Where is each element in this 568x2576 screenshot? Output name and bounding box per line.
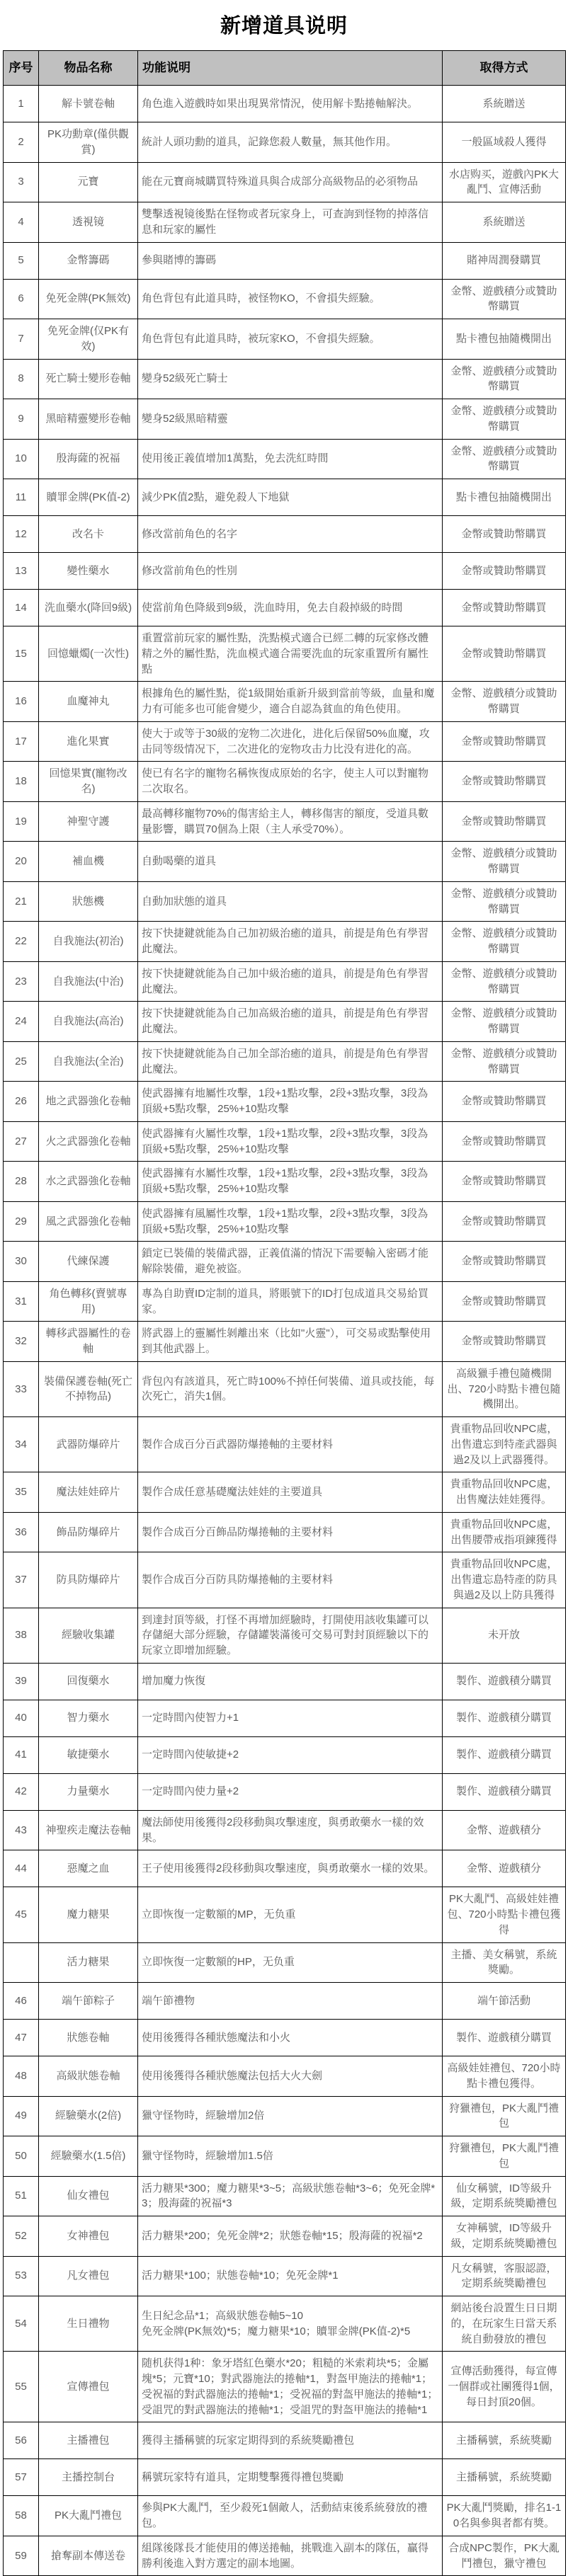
item-name-cell: 智力藥水 [39,1700,138,1736]
item-name-cell: 裝備保護卷軸(死亡不掉物品) [39,1361,138,1416]
row-number-cell: 25 [4,1041,39,1082]
acquisition-cell: 金幣、遊戲積分或贊助幣購買 [443,439,566,479]
function-desc-cell: 增加魔力恢復 [138,1663,443,1700]
function-desc-cell: 製作合成百分百防具防爆捲軸的主要材料 [138,1552,443,1608]
acquisition-cell: 仙女稱號，ID等級升級，定期系統獎勵禮包 [443,2176,566,2216]
table-row: 59搶奪副本傳送卷組隊後隊長才能使用的傳送捲軸，挑戰進入副本的隊伍，贏得勝利後進… [4,2536,566,2576]
acquisition-cell: 金幣、遊戲積分 [443,1850,566,1887]
row-number-cell: 17 [4,721,39,762]
row-number-cell: 51 [4,2176,39,2216]
acquisition-cell: 金幣或贊助幣購買 [443,762,566,802]
item-name-cell: 贖罪金牌(PK值-2) [39,479,138,516]
acquisition-cell: 高級娃娃禮包、720小時點卡禮包獲得。 [443,2056,566,2097]
function-desc-cell: 重置當前玩家的屬性點，洗點模式適合已經二轉的玩家修改體精之外的屬性點，洗血模式適… [138,626,443,682]
function-desc-cell: 減少PK值2點，避免殺人下地獄 [138,479,443,516]
function-desc-cell: 活力糖果*200；免死金牌*2；狀態卷軸*15；殷海薩的祝福*2 [138,2216,443,2257]
function-desc-cell: 背包內有該道具，死亡時100%不掉任何裝備、道具或技能，每次死亡，消失1個。 [138,1361,443,1416]
item-name-cell: 神聖疾走魔法卷軸 [39,1810,138,1850]
acquisition-cell: 貴重物品回收NPC處，出售遺忘到特產武器與過2及以上武器獲得。 [443,1417,566,1472]
item-name-cell: 仙女禮包 [39,2176,138,2216]
row-number-cell: 6 [4,279,39,319]
table-row: 45魔力糖果立即恢復一定數額的MP，无负重PK大亂鬥、高級娃娃禮包、720小時點… [4,1887,566,1942]
row-number-cell: 23 [4,961,39,1002]
acquisition-cell: 金幣或贊助幣購買 [443,1281,566,1322]
function-desc-cell: 自動加狀態的道具 [138,881,443,922]
row-number-cell: 53 [4,2256,39,2296]
function-desc-cell: 活力糖果*300；魔力糖果*3~5；高級狀態卷軸*3~6；免死金牌*3；殷海薩的… [138,2176,443,2216]
function-desc-cell: 使用後獲得各種狀態魔法包括大火大劍 [138,2056,443,2097]
acquisition-cell: 金幣或贊助幣購買 [443,626,566,682]
item-name-cell: 武器防爆碎片 [39,1417,138,1472]
item-name-cell: 免死金牌(仅PK有效) [39,319,138,360]
function-desc-cell: 使武器擁有地屬性攻擊，1段+1點攻擊，2段+3點攻擊，3段為頂級+5點攻擊，25… [138,1082,443,1122]
row-number-cell: 19 [4,801,39,842]
header-row-number: 序号 [4,51,39,86]
row-number-cell: 3 [4,162,39,202]
acquisition-cell: 系統贈送 [443,86,566,122]
item-name-cell: 水之武器強化卷軸 [39,1162,138,1202]
table-row: 7免死金牌(仅PK有效)角色背包有此道具時，被玩家KO，不會損失經驗。點卡禮包抽… [4,319,566,360]
row-number-cell: 37 [4,1552,39,1608]
item-name-cell: 自我施法(初治) [39,922,138,962]
row-number-cell: 20 [4,842,39,882]
table-row: 16血魔神丸根據角色的屬性點，從1級開始重新升級到當前等級，血量和魔力有可能多也… [4,682,566,722]
function-desc-cell: 活力糖果*100；狀態卷軸*10；免死金牌*1 [138,2256,443,2296]
acquisition-cell: 金幣、遊戲積分或贊助幣購買 [443,1041,566,1082]
item-name-cell: 端午節粽子 [39,1983,138,2020]
item-name-cell: 主播禮包 [39,2422,138,2459]
table-row: 8死亡騎士變形卷軸變身52級死亡騎士金幣、遊戲積分或贊助幣購買 [4,359,566,399]
table-row: 33裝備保護卷軸(死亡不掉物品)背包內有該道具，死亡時100%不掉任何裝備、道具… [4,1361,566,1416]
item-name-cell: 狀態機 [39,881,138,922]
item-name-cell: 搶奪副本傳送卷 [39,2536,138,2576]
row-number-cell: 36 [4,1512,39,1552]
table-row: 14洗血藥水(降回9級)使當前角色降級到9級，洗血時用，免去自殺掉級的時間金幣或… [4,590,566,626]
table-row: 38經驗收集罐到達封頂等級，打怪不再增加經驗時，打開使用該收集罐可以存儲絕大部分… [4,1608,566,1663]
function-desc-cell: 自動喝藥的道具 [138,842,443,882]
function-desc-cell: 一定時間內使力量+2 [138,1773,443,1810]
table-row: 24自我施法(高治)按下快捷鍵就能為自己加高級治癒的道具，前提是角色有學習此魔法… [4,1002,566,1042]
acquisition-cell: 金幣或贊助幣購買 [443,590,566,626]
function-desc-cell: 將武器上的靈屬性剝離出來（比如"火靈"），可交易或點擊使用到其他武器上。 [138,1322,443,1362]
acquisition-cell: 貴重物品回收NPC處，出售腰帶戒指項鍊獲得 [443,1512,566,1552]
function-desc-cell: 參與賭博的籌碼 [138,242,443,279]
row-number-cell: 34 [4,1417,39,1472]
table-row: 17進化果實使大于或等于30級的宠物二次进化，进化后保留50%血魔，攻击同等级情… [4,721,566,762]
function-desc-cell: 端午節禮物 [138,1983,443,2020]
row-number-cell: 56 [4,2422,39,2459]
item-name-cell: 透視镜 [39,202,138,243]
item-name-cell: 改名卡 [39,516,138,553]
acquisition-cell: 網站後台設置生日日期的，在玩家生日當天系統自動發放的禮包 [443,2296,566,2352]
function-desc-cell: 按下快捷鍵就能為自己加高級治癒的道具，前提是角色有學習此魔法。 [138,1002,443,1042]
row-number-cell: 59 [4,2536,39,2576]
item-name-cell: 飾品防爆碎片 [39,1512,138,1552]
row-number-cell: 54 [4,2296,39,2352]
table-row: 34武器防爆碎片製作合成百分百武器防爆捲軸的主要材料貴重物品回收NPC處，出售遺… [4,1417,566,1472]
acquisition-cell: 製作、遊戲積分購買 [443,1736,566,1773]
row-number-cell: 35 [4,1472,39,1513]
row-number-cell: 41 [4,1736,39,1773]
function-desc-cell: 使武器擁有風屬性攻擊，1段+1點攻擊，2段+3點攻擊，3段為頂級+5點攻擊，25… [138,1201,443,1242]
acquisition-cell: 合成NPC製作，PK大亂鬥禮包，獵守禮包 [443,2536,566,2576]
table-row: 23自我施法(中治)按下快捷鍵就能為自己加中級治癒的道具，前提是角色有學習此魔法… [4,961,566,1002]
item-name-cell: PK大亂鬥禮包 [39,2496,138,2536]
header-item-name: 物品名称 [39,51,138,86]
table-row: 30代練保護鎖定已裝備的裝備武器，正義值滿的情況下需要輸入密碼才能解除裝備，避免… [4,1242,566,1282]
acquisition-cell: 點卡禮包抽隨機開出 [443,479,566,516]
items-table-body: 1解卡號卷軸角色進入遊戲時如果出現異常情況，使用解卡點捲軸解決。系統贈送2PK功… [4,86,566,2576]
item-name-cell: PK功勳章(僅供觀賞) [39,122,138,163]
function-desc-cell: 使武器擁有水屬性攻擊，1段+1點攻擊，2段+3點攻擊，3段為頂級+5點攻擊，25… [138,1162,443,1202]
acquisition-cell: 製作、遊戲積分購買 [443,2020,566,2056]
row-number-cell: 7 [4,319,39,360]
function-desc-cell: 變身52級死亡騎士 [138,359,443,399]
table-row: 47狀態卷軸使用後獲得各種狀態魔法和小火製作、遊戲積分購買 [4,2020,566,2056]
item-name-cell: 狀態卷軸 [39,2020,138,2056]
table-row: 20補血機自動喝藥的道具金幣、遊戲積分或贊助幣購買 [4,842,566,882]
function-desc-cell: 專為自助賣ID定制的道具，將賬號下的ID打包成道具交易給買家。 [138,1281,443,1322]
table-row: 43神聖疾走魔法卷軸魔法師使用後獲得2段移動與攻擊速度，與勇敢藥水一樣的效果。金… [4,1810,566,1850]
function-desc-cell: 獲得主播稱號的玩家定期得到的系統獎勵禮包 [138,2422,443,2459]
document-page: 新增道具说明 序号 物品名称 功能说明 取得方式 1解卡號卷軸角色進入遊戲時如果… [0,0,568,2576]
table-row: 12改名卡修改當前角色的名字金幣或贊助幣購買 [4,516,566,553]
table-row: 1解卡號卷軸角色進入遊戲時如果出現異常情況，使用解卡點捲軸解決。系統贈送 [4,86,566,122]
function-desc-cell: 一定時間內使敏捷+2 [138,1736,443,1773]
table-row: 57主播控制台稱號玩家特有道具，定期雙擊獲得禮包獎勵主播稱號，系統獎勵 [4,2459,566,2496]
acquisition-cell: PK大亂鬥、高級娃娃禮包、720小時點卡禮包獲得 [443,1887,566,1942]
acquisition-cell: 金幣或贊助幣購買 [443,1242,566,1282]
function-desc-cell: 魔法師使用後獲得2段移動與攻擊速度，與勇敢藥水一樣的效果。 [138,1810,443,1850]
row-number-cell: 46 [4,1983,39,2020]
acquisition-cell: 金幣或贊助幣購買 [443,1082,566,1122]
acquisition-cell: 女神稱號，ID等級升級，定期系統獎勵禮包 [443,2216,566,2257]
item-name-cell: 魔力糖果 [39,1887,138,1942]
item-name-cell: 金幣籌碼 [39,242,138,279]
table-row: 56主播禮包獲得主播稱號的玩家定期得到的系統獎勵禮包主播稱號，系統獎勵 [4,2422,566,2459]
item-name-cell: 元寶 [39,162,138,202]
acquisition-cell: 點卡禮包抽隨機開出 [443,319,566,360]
table-row: 25自我施法(全治)按下快捷鍵就能為自己加全部治癒的道具，前提是角色有學習此魔法… [4,1041,566,1082]
acquisition-cell: 金幣、遊戲積分或贊助幣購買 [443,961,566,1002]
acquisition-cell: 水店购买，遊戲內PK大亂鬥、宣傳活動 [443,162,566,202]
item-name-cell: 洗血藥水(降回9級) [39,590,138,626]
function-desc-cell: 能在元寶商城購買特殊道具與合成部分高級物品的必須物品 [138,162,443,202]
item-name-cell: 補血機 [39,842,138,882]
row-number-cell: 10 [4,439,39,479]
table-row: 21狀態機自動加狀態的道具金幣、遊戲積分或贊助幣購買 [4,881,566,922]
table-row: 3元寶能在元寶商城購買特殊道具與合成部分高級物品的必須物品水店购买，遊戲內PK大… [4,162,566,202]
table-row: 39回復藥水增加魔力恢復製作、遊戲積分購買 [4,1663,566,1700]
function-desc-cell: 生日紀念品*1；高級狀態卷軸5~10 免死金牌(PK無效)*5；魔力糖果*10；… [138,2296,443,2352]
function-desc-cell: 根據角色的屬性點，從1級開始重新升級到當前等級，血量和魔力有可能多也可能會變少，… [138,682,443,722]
item-name-cell: 宣傳禮包 [39,2352,138,2422]
items-table: 序号 物品名称 功能说明 取得方式 1解卡號卷軸角色進入遊戲時如果出現異常情況，… [3,50,566,2576]
item-name-cell: 敏捷藥水 [39,1736,138,1773]
row-number-cell: 28 [4,1162,39,1202]
table-row: 27火之武器強化卷軸使武器擁有火屬性攻擊，1段+1點攻擊，2段+3點攻擊，3段為… [4,1121,566,1162]
acquisition-cell: 貴重物品回收NPC處，出售魔法娃娃獲得。 [443,1472,566,1513]
acquisition-cell: 端午節活動 [443,1983,566,2020]
row-number-cell: 40 [4,1700,39,1736]
function-desc-cell: 稱號玩家特有道具，定期雙擊獲得禮包獎勵 [138,2459,443,2496]
table-row: 6免死金牌(PK無效)角色背包有此道具時，被怪物KO，不會損失經驗。金幣、遊戲積… [4,279,566,319]
row-number-cell: 16 [4,682,39,722]
item-name-cell: 回憶果實(寵物改名) [39,762,138,802]
table-row: 15回憶蠟燭(一次性)重置當前玩家的屬性點，洗點模式適合已經二轉的玩家修改體精之… [4,626,566,682]
function-desc-cell: 使當前角色降級到9級，洗血時用，免去自殺掉級的時間 [138,590,443,626]
function-desc-cell: 製作合成百分百飾品防爆捲軸的主要材料 [138,1512,443,1552]
table-header-row: 序号 物品名称 功能说明 取得方式 [4,51,566,86]
table-row: 35魔法娃娃碎片製作合成任意基礎魔法娃娃的主要道具貴重物品回收NPC處，出售魔法… [4,1472,566,1513]
acquisition-cell: 未开放 [443,1608,566,1663]
acquisition-cell: 金幣、遊戲積分或贊助幣購買 [443,682,566,722]
acquisition-cell: 金幣或贊助幣購買 [443,721,566,762]
acquisition-cell: 系統贈送 [443,202,566,243]
function-desc-cell: 按下快捷鍵就能為自己加中級治癒的道具，前提是角色有學習此魔法。 [138,961,443,1002]
table-row: 活力糖果立即恢復一定數額的HP，无负重主播、美女稱號，系統獎勵。 [4,1942,566,1983]
row-number-cell: 9 [4,399,39,440]
item-name-cell: 高級狀態卷軸 [39,2056,138,2097]
function-desc-cell: 按下快捷鍵就能為自己加初級治癒的道具，前提是角色有學習此魔法。 [138,922,443,962]
function-desc-cell: 製作合成任意基礎魔法娃娃的主要道具 [138,1472,443,1513]
table-row: 22自我施法(初治)按下快捷鍵就能為自己加初級治癒的道具，前提是角色有學習此魔法… [4,922,566,962]
item-name-cell: 自我施法(中治) [39,961,138,1002]
acquisition-cell: 貴重物品回收NPC處，出售遺忘島特產的防具與過2及以上防具獲得 [443,1552,566,1608]
row-number-cell: 22 [4,922,39,962]
table-row: 26地之武器強化卷軸使武器擁有地屬性攻擊，1段+1點攻擊，2段+3點攻擊，3段為… [4,1082,566,1122]
function-desc-cell: 角色進入遊戲時如果出現異常情況，使用解卡點捲軸解決。 [138,86,443,122]
acquisition-cell: 凡女稱號，客服認證，定期系統獎勵禮包 [443,2256,566,2296]
item-name-cell: 變性藥水 [39,553,138,590]
table-row: 31角色轉移(賣號專用)專為自助賣ID定制的道具，將賬號下的ID打包成道具交易給… [4,1281,566,1322]
acquisition-cell: 金幣或贊助幣購買 [443,553,566,590]
item-name-cell: 神聖守護 [39,801,138,842]
item-name-cell: 黑暗精靈變形卷軸 [39,399,138,440]
table-row: 54生日禮物生日紀念品*1；高級狀態卷軸5~10 免死金牌(PK無效)*5；魔力… [4,2296,566,2352]
page-title: 新增道具说明 [0,0,568,50]
row-number-cell: 26 [4,1082,39,1122]
item-name-cell: 免死金牌(PK無效) [39,279,138,319]
item-name-cell: 回復藥水 [39,1663,138,1700]
function-desc-cell: 按下快捷鍵就能為自己加全部治癒的道具，前提是角色有學習此魔法。 [138,1041,443,1082]
item-name-cell: 經驗收集罐 [39,1608,138,1663]
table-row: 55宣傳禮包随机获得1种：象牙塔紅色藥水*20；粗糙的米索莉块*5；金屬塊*5；… [4,2352,566,2422]
row-number-cell: 8 [4,359,39,399]
acquisition-cell: 金幣、遊戲積分或贊助幣購買 [443,881,566,922]
row-number-cell: 27 [4,1121,39,1162]
item-name-cell: 回憶蠟燭(一次性) [39,626,138,682]
acquisition-cell: 金幣或贊助幣購買 [443,516,566,553]
acquisition-cell: 金幣、遊戲積分或贊助幣購買 [443,279,566,319]
acquisition-cell: 狩獵禮包，PK大亂鬥禮包 [443,2096,566,2136]
function-desc-cell: 統計人頭功勳的道具，記錄您殺人數量，無其他作用。 [138,122,443,163]
row-number-cell: 11 [4,479,39,516]
row-number-cell: 29 [4,1201,39,1242]
function-desc-cell: 一定時間內使智力+1 [138,1700,443,1736]
row-number-cell: 32 [4,1322,39,1362]
acquisition-cell: 狩獵禮包，PK大亂鬥禮包 [443,2136,566,2177]
function-desc-cell: 立即恢復一定數額的MP，无负重 [138,1887,443,1942]
acquisition-cell: 金幣、遊戲積分或贊助幣購買 [443,842,566,882]
table-row: 52女神禮包活力糖果*200；免死金牌*2；狀態卷軸*15；殷海薩的祝福*2女神… [4,2216,566,2257]
function-desc-cell: 角色背包有此道具時，被怪物KO，不會損失經驗。 [138,279,443,319]
acquisition-cell: 金幣或贊助幣購買 [443,801,566,842]
acquisition-cell: 製作、遊戲積分購買 [443,1773,566,1810]
item-name-cell: 惡魔之血 [39,1850,138,1887]
table-row: 40智力藥水一定時間內使智力+1製作、遊戲積分購買 [4,1700,566,1736]
acquisition-cell: 金幣、遊戲積分或贊助幣購買 [443,1002,566,1042]
table-row: 4透視镜雙擊透視镜後點在怪物或者玩家身上，可查詢到怪物的掉落信息和玩家的屬性系統… [4,202,566,243]
row-number-cell: 2 [4,122,39,163]
item-name-cell: 力量藥水 [39,1773,138,1810]
row-number-cell: 13 [4,553,39,590]
function-desc-cell: 王子使用後獲得2段移動與攻擊速度，與勇敢藥水一樣的效果。 [138,1850,443,1887]
table-row: 37防具防爆碎片製作合成百分百防具防爆捲軸的主要材料貴重物品回收NPC處，出售遺… [4,1552,566,1608]
row-number-cell: 31 [4,1281,39,1322]
function-desc-cell: 到達封頂等級，打怪不再增加經驗時，打開使用該收集罐可以存儲絕大部分經驗，存儲罐裝… [138,1608,443,1663]
table-row: 28水之武器強化卷軸使武器擁有水屬性攻擊，1段+1點攻擊，2段+3點攻擊，3段為… [4,1162,566,1202]
item-name-cell: 活力糖果 [39,1942,138,1983]
table-row: 42力量藥水一定時間內使力量+2製作、遊戲積分購買 [4,1773,566,1810]
row-number-cell: 57 [4,2459,39,2496]
table-row: 32轉移武器屬性的卷軸將武器上的靈屬性剝離出來（比如"火靈"），可交易或點擊使用… [4,1322,566,1362]
function-desc-cell: 立即恢復一定數額的HP，无负重 [138,1942,443,1983]
row-number-cell: 58 [4,2496,39,2536]
item-name-cell: 進化果實 [39,721,138,762]
function-desc-cell: 使已有名字的寵物名稱恢復成原始的名字，使主人可以對寵物二次取名。 [138,762,443,802]
function-desc-cell: 随机获得1种：象牙塔紅色藥水*20；粗糙的米索莉块*5；金屬塊*5；元寶*10；… [138,2352,443,2422]
row-number-cell: 43 [4,1810,39,1850]
item-name-cell: 魔法娃娃碎片 [39,1472,138,1513]
function-desc-cell: 角色背包有此道具時，被玩家KO，不會損失經驗。 [138,319,443,360]
function-desc-cell: 使武器擁有火屬性攻擊，1段+1點攻擊，2段+3點攻擊，3段為頂級+5點攻擊，25… [138,1121,443,1162]
table-row: 11贖罪金牌(PK值-2)減少PK值2點，避免殺人下地獄點卡禮包抽隨機開出 [4,479,566,516]
item-name-cell: 經驗藥水(1.5倍) [39,2136,138,2177]
row-number-cell: 39 [4,1663,39,1700]
table-row: 50經驗藥水(1.5倍)獵守怪物時，經驗增加1.5倍狩獵禮包，PK大亂鬥禮包 [4,2136,566,2177]
table-row: 58PK大亂鬥禮包參與PK大亂鬥，至少殺死1個敵人，活動結束後系統發放的禮包。P… [4,2496,566,2536]
acquisition-cell: 製作、遊戲積分購買 [443,1663,566,1700]
function-desc-cell: 使用後正義值增加1萬點，免去洗紅時間 [138,439,443,479]
table-row: 53凡女禮包活力糖果*100；狀態卷軸*10；免死金牌*1凡女稱號，客服認證，定… [4,2256,566,2296]
item-name-cell: 代練保護 [39,1242,138,1282]
table-row: 41敏捷藥水一定時間內使敏捷+2製作、遊戲積分購買 [4,1736,566,1773]
function-desc-cell: 組隊後隊長才能使用的傳送捲軸，挑戰進入副本的隊伍，贏得勝利後進入對方選定的副本地… [138,2536,443,2576]
item-name-cell: 自我施法(高治) [39,1002,138,1042]
row-number-cell: 12 [4,516,39,553]
item-name-cell: 風之武器強化卷軸 [39,1201,138,1242]
function-desc-cell: 製作合成百分百武器防爆捲軸的主要材料 [138,1417,443,1472]
row-number-cell: 1 [4,86,39,122]
item-name-cell: 凡女禮包 [39,2256,138,2296]
item-name-cell: 自我施法(全治) [39,1041,138,1082]
item-name-cell: 女神禮包 [39,2216,138,2257]
header-function-desc: 功能说明 [138,51,443,86]
item-name-cell: 主播控制台 [39,2459,138,2496]
item-name-cell: 防具防爆碎片 [39,1552,138,1608]
row-number-cell: 21 [4,881,39,922]
acquisition-cell: 金幣或贊助幣購買 [443,1162,566,1202]
row-number-cell: 52 [4,2216,39,2257]
function-desc-cell: 修改當前角色的名字 [138,516,443,553]
item-name-cell: 殷海薩的祝福 [39,439,138,479]
function-desc-cell: 使大于或等于30級的宠物二次进化，进化后保留50%血魔，攻击同等级情况下，二次进… [138,721,443,762]
row-number-cell: 47 [4,2020,39,2056]
row-number-cell: 5 [4,242,39,279]
table-row: 29風之武器強化卷軸使武器擁有風屬性攻擊，1段+1點攻擊，2段+3點攻擊，3段為… [4,1201,566,1242]
table-row: 9黑暗精靈變形卷軸變身52級黑暗精靈金幣、遊戲積分或贊助幣購買 [4,399,566,440]
acquisition-cell: 金幣、遊戲積分或贊助幣購買 [443,359,566,399]
row-number-cell: 24 [4,1002,39,1042]
row-number-cell: 33 [4,1361,39,1416]
function-desc-cell: 雙擊透視镜後點在怪物或者玩家身上，可查詢到怪物的掉落信息和玩家的屬性 [138,202,443,243]
item-name-cell: 死亡騎士變形卷軸 [39,359,138,399]
table-row: 10殷海薩的祝福使用後正義值增加1萬點，免去洗紅時間金幣、遊戲積分或贊助幣購買 [4,439,566,479]
row-number-cell: 42 [4,1773,39,1810]
row-number-cell: 38 [4,1608,39,1663]
table-row: 46端午節粽子端午節禮物端午節活動 [4,1983,566,2020]
acquisition-cell: 一般區域殺人獲得 [443,122,566,163]
row-number-cell: 45 [4,1887,39,1942]
acquisition-cell: 高級獵手禮包隨機開出、720小時點卡禮包隨機開出。 [443,1361,566,1416]
acquisition-cell: 金幣或贊助幣購買 [443,1322,566,1362]
row-number-cell: 44 [4,1850,39,1887]
table-row: 49經驗藥水(2倍)獵守怪物時，經驗增加2倍狩獵禮包，PK大亂鬥禮包 [4,2096,566,2136]
acquisition-cell: PK大亂鬥獎勵，排名1-10名與參與者都有獎。 [443,2496,566,2536]
item-name-cell: 經驗藥水(2倍) [39,2096,138,2136]
acquisition-cell: 金幣、遊戲積分或贊助幣購買 [443,399,566,440]
table-row: 48高級狀態卷軸使用後獲得各種狀態魔法包括大火大劍高級娃娃禮包、720小時點卡禮… [4,2056,566,2097]
table-row: 5金幣籌碼參與賭博的籌碼賭神周潤發購買 [4,242,566,279]
item-name-cell: 生日禮物 [39,2296,138,2352]
row-number-cell: 49 [4,2096,39,2136]
row-number-cell [4,1942,39,1983]
row-number-cell: 55 [4,2352,39,2422]
table-row: 2PK功勳章(僅供觀賞)統計人頭功勳的道具，記錄您殺人數量，無其他作用。一般區域… [4,122,566,163]
table-row: 44惡魔之血王子使用後獲得2段移動與攻擊速度，與勇敢藥水一樣的效果。金幣、遊戲積… [4,1850,566,1887]
acquisition-cell: 賭神周潤發購買 [443,242,566,279]
item-name-cell: 角色轉移(賣號專用) [39,1281,138,1322]
table-row: 36飾品防爆碎片製作合成百分百飾品防爆捲軸的主要材料貴重物品回收NPC處，出售腰… [4,1512,566,1552]
row-number-cell: 18 [4,762,39,802]
row-number-cell: 4 [4,202,39,243]
function-desc-cell: 最高轉移寵物70%的傷害給主人，轉移傷害的額度，受道具數量影響，購買70個為上限… [138,801,443,842]
row-number-cell: 50 [4,2136,39,2177]
item-name-cell: 血魔神丸 [39,682,138,722]
item-name-cell: 轉移武器屬性的卷軸 [39,1322,138,1362]
acquisition-cell: 金幣或贊助幣購買 [443,1201,566,1242]
item-name-cell: 解卡號卷軸 [39,86,138,122]
function-desc-cell: 參與PK大亂鬥，至少殺死1個敵人，活動結束後系統發放的禮包。 [138,2496,443,2536]
function-desc-cell: 獵守怪物時，經驗增加1.5倍 [138,2136,443,2177]
header-acquisition: 取得方式 [443,51,566,86]
row-number-cell: 14 [4,590,39,626]
item-name-cell: 火之武器強化卷軸 [39,1121,138,1162]
row-number-cell: 15 [4,626,39,682]
acquisition-cell: 主播稱號，系統獎勵 [443,2459,566,2496]
function-desc-cell: 鎖定已裝備的裝備武器，正義值滿的情況下需要輸入密碼才能解除裝備，避免被盜。 [138,1242,443,1282]
function-desc-cell: 變身52級黑暗精靈 [138,399,443,440]
acquisition-cell: 主播、美女稱號，系統獎勵。 [443,1942,566,1983]
table-row: 19神聖守護最高轉移寵物70%的傷害給主人，轉移傷害的額度，受道具數量影響，購買… [4,801,566,842]
acquisition-cell: 主播稱號，系統獎勵 [443,2422,566,2459]
row-number-cell: 30 [4,1242,39,1282]
function-desc-cell: 使用後獲得各種狀態魔法和小火 [138,2020,443,2056]
acquisition-cell: 金幣、遊戲積分 [443,1810,566,1850]
acquisition-cell: 金幣、遊戲積分或贊助幣購買 [443,922,566,962]
function-desc-cell: 獵守怪物時，經驗增加2倍 [138,2096,443,2136]
